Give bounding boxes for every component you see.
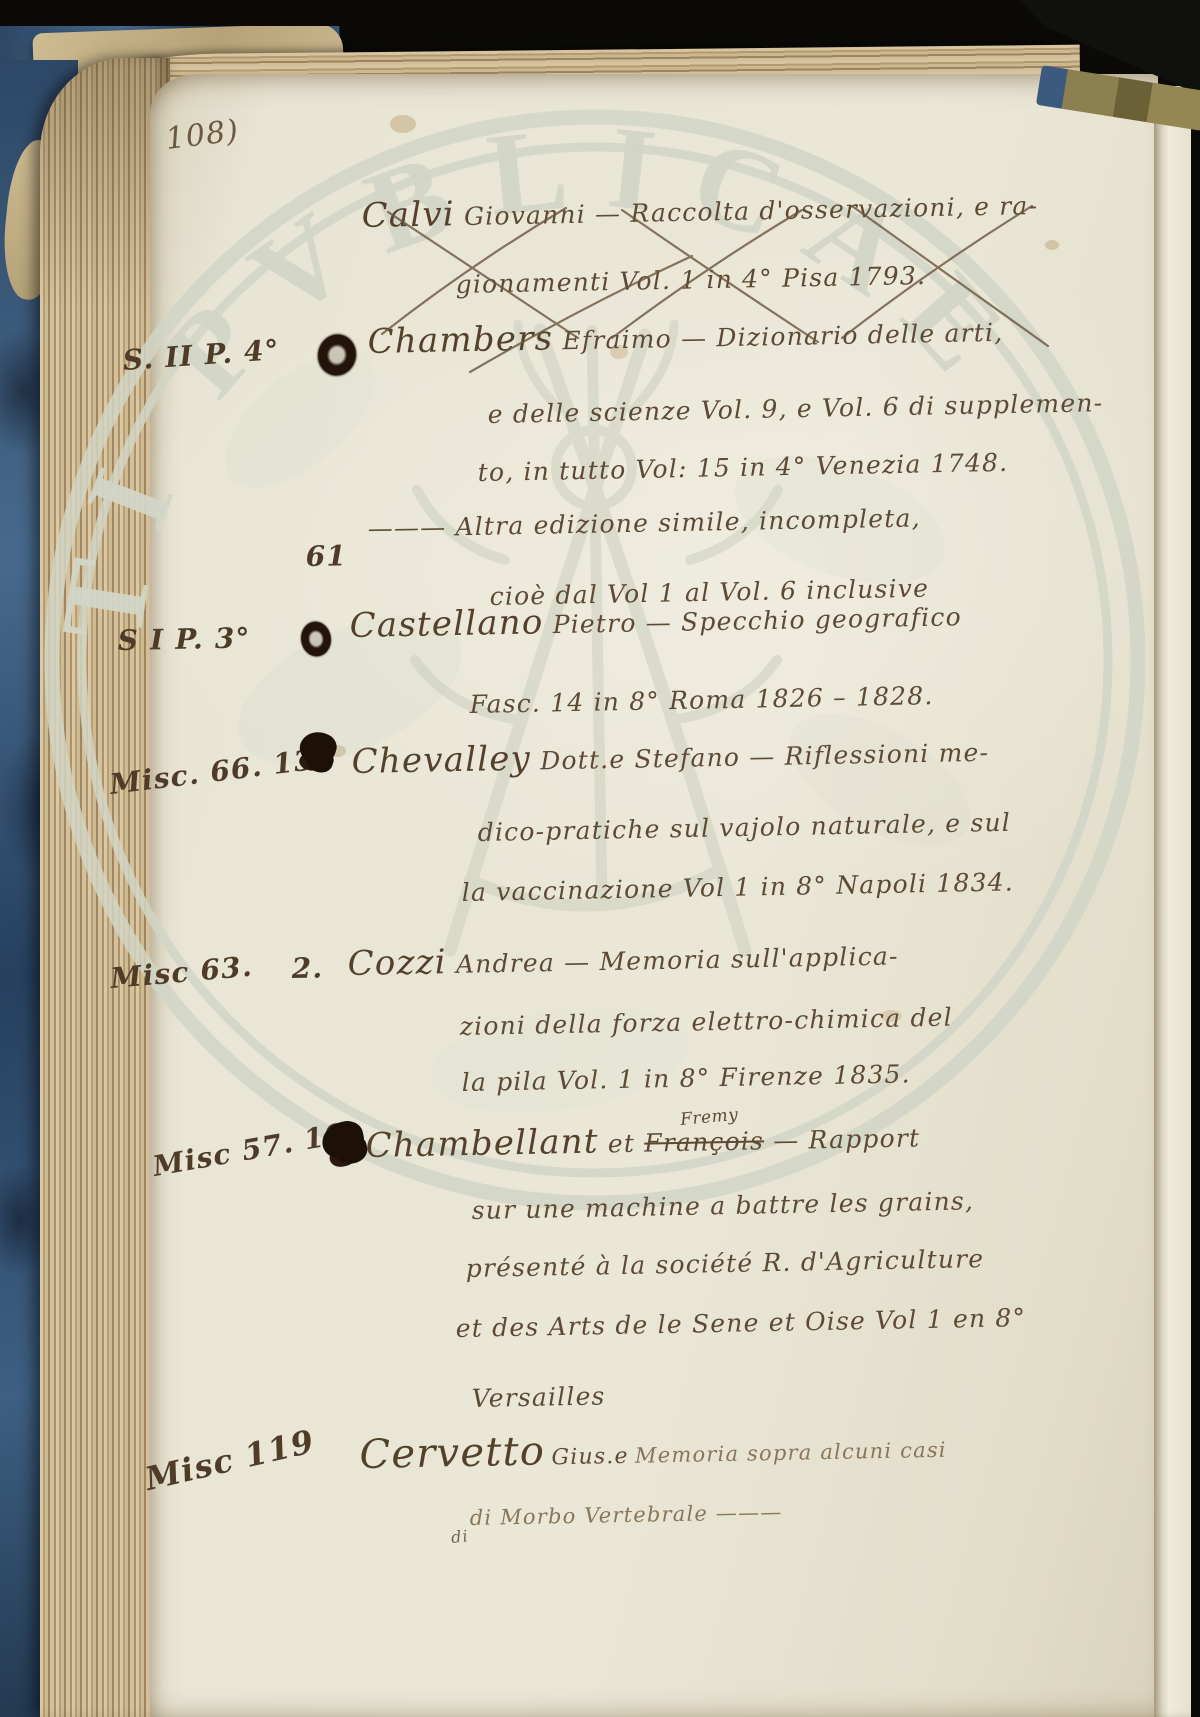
entry-line: di Morbo Vertebrale ———	[470, 1500, 783, 1530]
entry-title: Giovanni — Raccolta d'osservazioni, e ra…	[455, 191, 1039, 231]
entry-title: Pietro — Specchio geografico	[543, 602, 962, 639]
margin-sub-note: di	[450, 1526, 470, 1547]
entry-title: ——— Altra edizione simile, incompleta,	[367, 503, 921, 543]
entry-line: to, in tutto Vol: 15 in 4° Venezia 1748.	[477, 448, 1008, 487]
entry-author: Chambellant	[365, 1122, 599, 1166]
entry-line: et des Arts de le Sene et Oise Vol 1 en …	[455, 1303, 1026, 1343]
entry-author: Chevalley	[351, 739, 531, 782]
entry-line: la pila Vol. 1 in 8° Firenze 1835.	[461, 1059, 911, 1097]
handwriting-layer: 108) Calvi Giovanni — Raccolta d'osserva…	[0, 0, 1200, 1717]
entry-line: dico-pratiche sul vajolo naturale, e sul	[477, 808, 1011, 847]
entry-title: Dott.e Stefano — Riflessioni me-	[531, 738, 990, 776]
entry-title: — Rapport	[764, 1123, 921, 1155]
entry-line: présenté à la société R. d'Agriculture	[465, 1244, 984, 1283]
shelfmark: 61	[305, 539, 347, 573]
shelfmark: Misc. 66. 13.	[108, 742, 327, 801]
shelfmark-number: 2.	[291, 951, 323, 985]
entry-line: sur une machine a battre les grains,	[471, 1186, 974, 1225]
entry-author: Calvi	[361, 194, 455, 236]
entry-line: zioni della forza elettro-chimica del	[459, 1003, 953, 1041]
entry-author: Cozzi	[347, 942, 447, 984]
entry-line: gionamenti Vol. 1 in 4° Pisa 1793.	[455, 261, 926, 299]
entry-title: Memoria sopra alcuni casi	[635, 1438, 947, 1468]
entry-author: Castellano	[349, 602, 544, 646]
entry-author: Chambers	[367, 318, 553, 362]
photographed-manuscript: TI PVBLICAE 1	[0, 0, 1200, 1717]
shelfmark: Misc 63.	[109, 950, 254, 995]
shelfmark: S. II P. 4°	[122, 333, 281, 377]
entry-title: Efraimo — Dizionario delle arti,	[553, 318, 1004, 356]
ink-blot	[309, 326, 364, 384]
entry-title: Andrea — Memoria sull'applica-	[447, 941, 899, 979]
entry-coauthor-connector: et	[598, 1129, 644, 1159]
ink-blot	[295, 616, 336, 663]
shelfmark: S I P. 3°	[117, 621, 251, 657]
entry-line: Fasc. 14 in 8° Roma 1826 – 1828.	[469, 681, 933, 719]
shelfmark: Misc 119	[141, 1422, 318, 1498]
entry-author-abbrev: Gius.e	[551, 1444, 629, 1470]
page-number: 108)	[164, 113, 241, 157]
entry-coauthor-struck: FrançoisFremy	[644, 1126, 764, 1157]
entry-author: Cervetto	[359, 1428, 545, 1478]
entry-line: e delle scienze Vol. 9, e Vol. 6 di supp…	[487, 388, 1103, 429]
entry-line: la vaccinazione Vol 1 in 8° Napoli 1834.	[461, 867, 1014, 907]
entry-line: Versailles	[471, 1381, 605, 1413]
